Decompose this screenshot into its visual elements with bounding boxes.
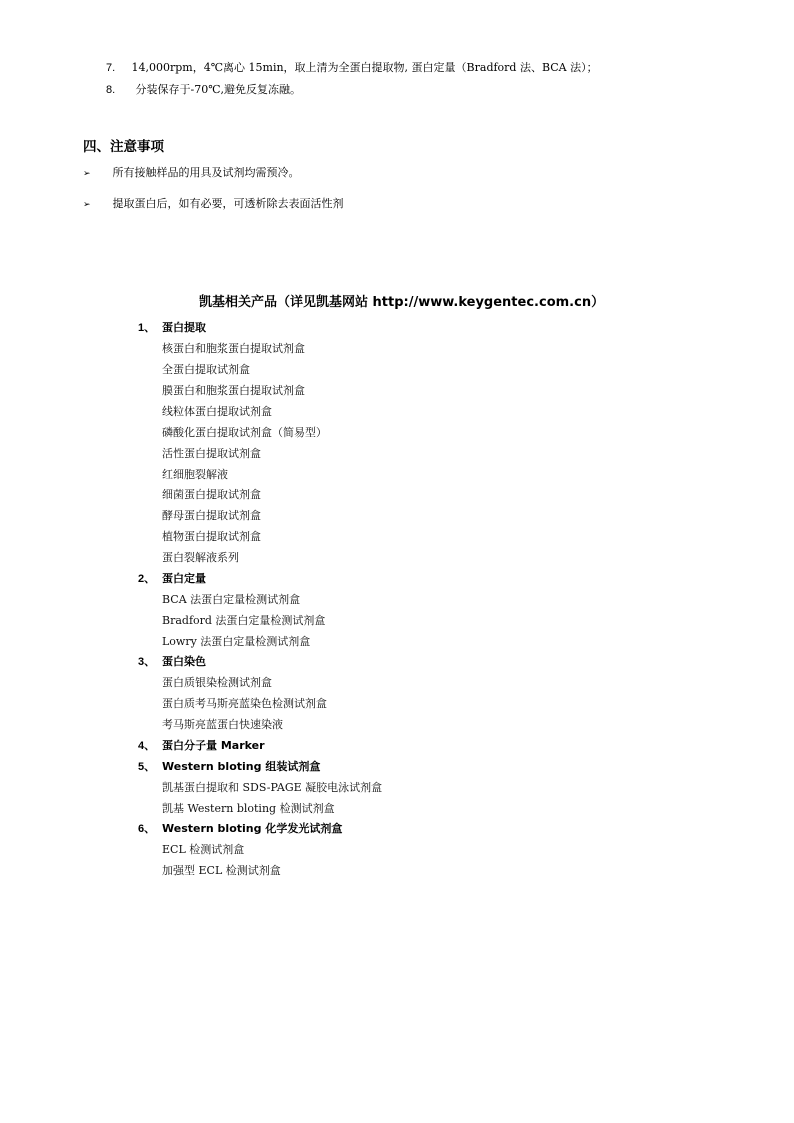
step-number: 8. — [106, 83, 132, 97]
product-item: 酵母蛋白提取试剂盒 — [162, 509, 261, 523]
product-item: 细菌蛋白提取试剂盒 — [162, 488, 261, 502]
arrow-bullet-icon: ➢ — [83, 167, 109, 181]
category-number: 4、 — [138, 739, 155, 753]
step-text: 14,000rpm，4℃离心 15min，取上清为全蛋白提取物, 蛋白定量（Br… — [132, 61, 598, 74]
product-item: 活性蛋白提取试剂盒 — [162, 447, 261, 461]
category-number: 2、 — [138, 572, 155, 586]
product-item: 全蛋白提取试剂盒 — [162, 363, 250, 377]
category-5: 5、 Western bloting 组装试剂盒 — [138, 760, 538, 774]
product-item: 加强型 ECL 检测试剂盒 — [162, 864, 281, 878]
category-2: 2、 蛋白定量 — [138, 572, 538, 586]
product-item: 凯基蛋白提取和 SDS-PAGE 凝胶电泳试剂盒 — [162, 781, 382, 795]
product-item: 红细胞裂解液 — [162, 468, 228, 482]
product-item: 考马斯亮蓝蛋白快速染液 — [162, 718, 283, 732]
category-4: 4、 蛋白分子量 Marker — [138, 739, 538, 753]
product-item: 蛋白质考马斯亮蓝染色检测试剂盒 — [162, 697, 327, 711]
category-number: 1、 — [138, 321, 155, 335]
product-item: 线粒体蛋白提取试剂盒 — [162, 405, 272, 419]
products-title: 凯基相关产品（详见凯基网站 http://www.keygentec.com.c… — [199, 291, 604, 310]
product-item: 凯基 Western bloting 检测试剂盒 — [162, 802, 335, 816]
category-label: Western bloting 化学发光试剂盒 — [162, 822, 342, 836]
category-label: 蛋白染色 — [162, 655, 206, 669]
category-number: 5、 — [138, 760, 155, 774]
category-6: 6、 Western bloting 化学发光试剂盒 — [138, 822, 538, 836]
product-item: Lowry 法蛋白定量检测试剂盒 — [162, 635, 310, 649]
product-item-text: Lowry 法蛋白定量检测试剂盒 — [162, 635, 310, 648]
category-number: 3、 — [138, 655, 155, 669]
note-item: ➢ 提取蛋白后，如有必要，可透析除去表面活性剂 — [83, 197, 344, 212]
arrow-bullet-icon: ➢ — [83, 198, 109, 212]
step-7: 7. 14,000rpm，4℃离心 15min，取上清为全蛋白提取物, 蛋白定量… — [106, 61, 598, 75]
section-title-notes: 四、注意事项 — [83, 135, 164, 155]
category-label: 蛋白定量 — [162, 572, 206, 586]
category-3: 3、 蛋白染色 — [138, 655, 538, 669]
product-item: 膜蛋白和胞浆蛋白提取试剂盒 — [162, 384, 305, 398]
product-item: 核蛋白和胞浆蛋白提取试剂盒 — [162, 342, 305, 356]
category-number: 6、 — [138, 822, 155, 836]
category-1: 1、 蛋白提取 — [138, 321, 538, 335]
product-item: BCA 法蛋白定量检测试剂盒 — [162, 593, 300, 607]
step-8: 8. 分装保存于-70℃,避免反复冻融。 — [106, 83, 301, 97]
category-label: 蛋白分子量 Marker — [162, 739, 265, 753]
product-item: 植物蛋白提取试剂盒 — [162, 530, 261, 544]
product-item: 磷酸化蛋白提取试剂盒（简易型） — [162, 426, 327, 440]
product-item-text: Bradford 法蛋白定量检测试剂盒 — [162, 614, 325, 627]
step-text: 分装保存于-70℃,避免反复冻融。 — [136, 83, 302, 96]
category-label: 蛋白提取 — [162, 321, 206, 335]
note-text: 提取蛋白后，如有必要，可透析除去表面活性剂 — [113, 197, 344, 210]
category-label: Western bloting 组装试剂盒 — [162, 760, 320, 774]
product-item: Bradford 法蛋白定量检测试剂盒 — [162, 614, 325, 628]
product-item: 蛋白质银染检测试剂盒 — [162, 676, 272, 690]
product-item-text: BCA 法蛋白定量检测试剂盒 — [162, 593, 300, 606]
step-number: 7. — [106, 61, 128, 75]
note-text: 所有接触样品的用具及试剂均需预冷。 — [113, 166, 300, 179]
product-item: ECL 检测试剂盒 — [162, 843, 244, 857]
product-item: 蛋白裂解液系列 — [162, 551, 239, 565]
note-item: ➢ 所有接触样品的用具及试剂均需预冷。 — [83, 166, 300, 181]
